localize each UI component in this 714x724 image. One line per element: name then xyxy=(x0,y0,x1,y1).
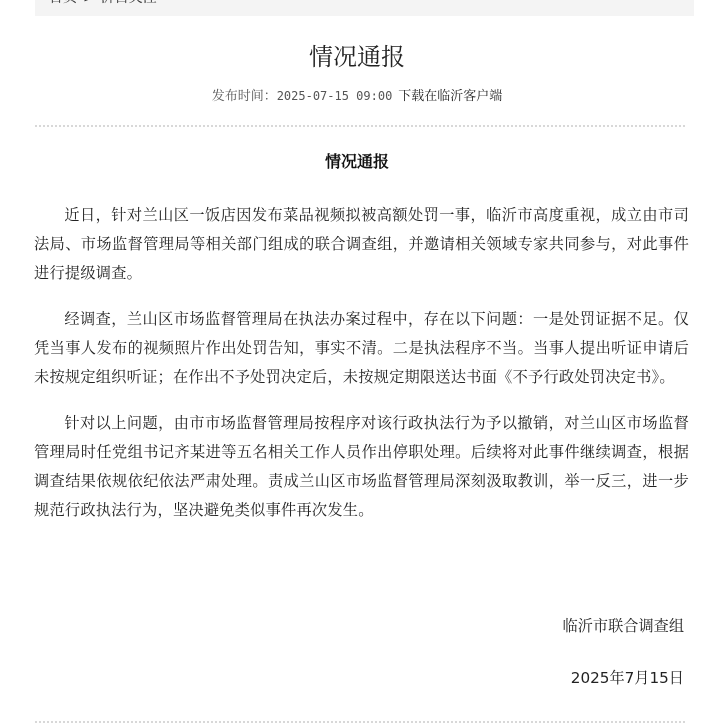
article-paragraph-2: 经调查，兰山区市场监督管理局在执法办案过程中，存在以下问题：一是处罚证据不足。仅… xyxy=(34,305,689,392)
breadcrumb-separator: > xyxy=(83,0,95,6)
top-divider xyxy=(35,125,685,127)
breadcrumb-section-link[interactable]: 沂占关注 xyxy=(101,0,157,6)
article-meta: 发布时间：2025-07-15 09:00下载在临沂客户端 xyxy=(0,86,714,107)
article-paragraph-1: 近日，针对兰山区一饭店因发布菜品视频拟被高额处罚一事，临沂市高度重视，成立由市司… xyxy=(34,201,689,288)
article-paragraph-3: 针对以上问题，由市市场监督管理局按程序对该行政执法行为予以撤销，对兰山区市场监督… xyxy=(34,409,689,525)
signature-organization: 临沂市联合调查组 xyxy=(384,615,684,637)
breadcrumb-home-link[interactable]: 首页 xyxy=(49,0,77,6)
signature-date: 2025年7月15日 xyxy=(384,667,684,689)
page-title: 情况通报 xyxy=(0,40,714,74)
breadcrumb: 首页>沂占关注 xyxy=(35,0,694,16)
published-label: 发布时间： xyxy=(212,89,277,104)
article-subtitle: 情况通报 xyxy=(0,151,714,173)
published-time: 2025-07-15 09:00 xyxy=(277,89,393,103)
bottom-divider xyxy=(35,721,685,723)
download-app-link[interactable]: 下载在临沂客户端 xyxy=(398,89,502,104)
article-body: 近日，针对兰山区一饭店因发布菜品视频拟被高额处罚一事，临沂市高度重视，成立由市司… xyxy=(34,201,689,542)
